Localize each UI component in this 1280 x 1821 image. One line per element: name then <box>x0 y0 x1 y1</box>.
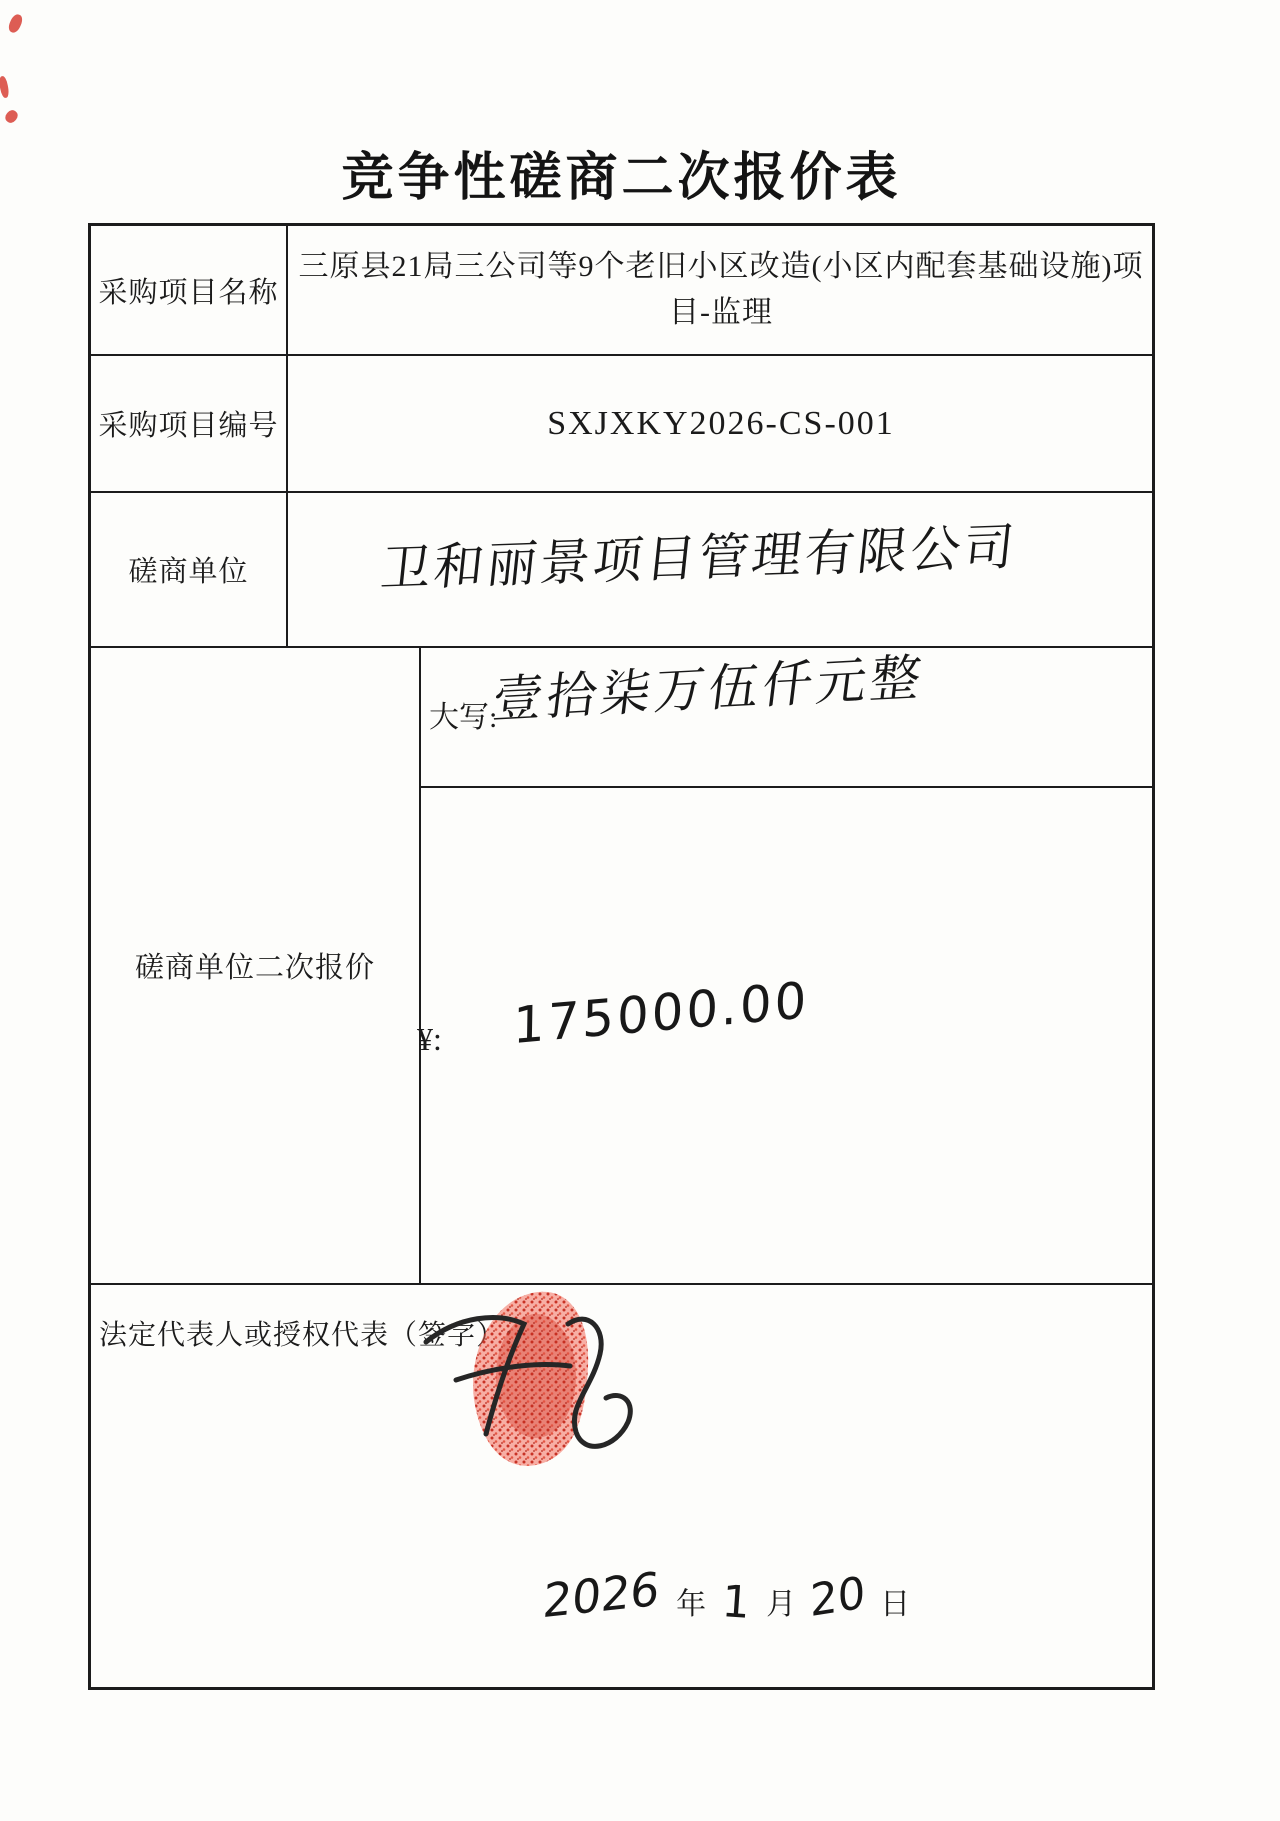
project-name-value: 三原县21局三公司等9个老旧小区改造(小区内配套基础设施)项目-监理 <box>290 244 1152 337</box>
date-day-unit: 日 <box>880 1590 910 1620</box>
project-name-label: 采购项目名称 <box>91 226 288 354</box>
fingerprint-stamp <box>418 1284 668 1484</box>
row-second-quotation: 磋商单位二次报价 <box>91 648 1152 1285</box>
date-month-unit: 月 <box>766 1590 796 1620</box>
project-number-value-cell: SXJXKY2026-CS-001 <box>290 356 1152 491</box>
second-quotation-label: 磋商单位二次报价 <box>91 648 421 1283</box>
row-project-number: 采购项目编号 SXJXKY2026-CS-001 <box>91 356 1152 493</box>
date-year-handwriting: 2026 <box>541 1565 661 1624</box>
date-year-unit: 年 <box>676 1590 706 1620</box>
row-project-name: 采购项目名称 三原县21局三公司等9个老旧小区改造(小区内配套基础设施)项目-监… <box>91 226 1152 356</box>
project-number-value: SXJXKY2026-CS-001 <box>547 405 895 443</box>
date-month-handwriting: 1 <box>721 1580 752 1626</box>
page-title: 竞争性磋商二次报价表 <box>88 150 1155 207</box>
project-number-label: 采购项目编号 <box>91 356 288 491</box>
signature-area <box>418 1284 668 1489</box>
date-day-handwriting: 20 <box>810 1571 866 1624</box>
currency-symbol-label: ¥: <box>417 1023 442 1055</box>
uppercase-amount-label: 大写: <box>429 703 497 733</box>
negotiation-unit-label: 磋商单位 <box>91 493 288 646</box>
project-name-value-cell: 三原县21局三公司等9个老旧小区改造(小区内配套基础设施)项目-监理 <box>290 226 1152 354</box>
quotation-table: 采购项目名称 三原县21局三公司等9个老旧小区改造(小区内配套基础设施)项目-监… <box>88 223 1155 1690</box>
red-scan-artifact <box>3 108 20 125</box>
red-scan-artifact <box>7 13 25 35</box>
date-line: 2026 年 1 月 20 日 <box>543 1578 916 1624</box>
red-scan-artifact <box>0 75 10 98</box>
